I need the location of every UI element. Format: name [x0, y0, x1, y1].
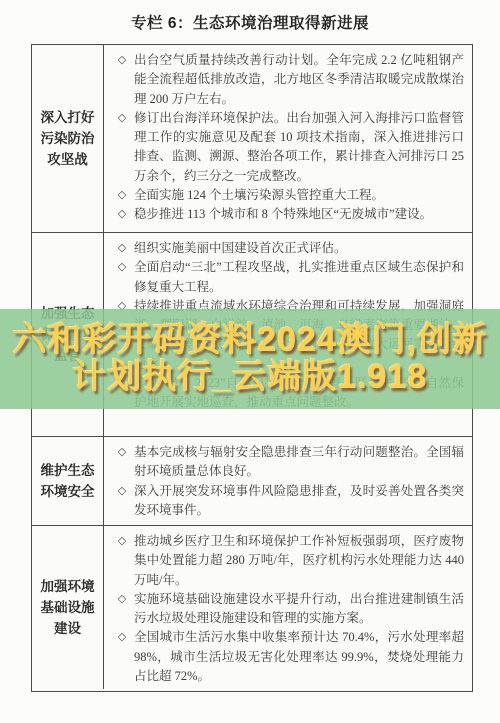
table-row-env-infrastructure: 加强环境 基础设施 建设 ◇ 推动城乡医疗卫生和环境保护工作补短板强弱项，医疗废…: [32, 526, 472, 689]
bullet-item: ◇ 出台空气质量持续改善行动计划。全年完成 2.2 亿吨粗钢产能全流程超低排放改…: [110, 51, 464, 109]
bullet-text: 出台空气质量持续改善行动计划。全年完成 2.2 亿吨粗钢产能全流程超低排放改造，…: [134, 51, 464, 109]
diamond-bullet-icon: ◇: [110, 109, 134, 186]
table-row-env-safety: 维护生态 环境安全 ◇ 基本完成核与辐射安全隐患排查三年行动问题整治。全国辐射环…: [32, 437, 472, 526]
bullet-text: 全面实施 124 个土壤污染源头管控重大工程。: [134, 186, 464, 205]
bullet-text: 推动城乡医疗卫生和环境保护工作补短板强弱项，医疗废物集中处置能力超 280 万吨…: [134, 532, 464, 590]
bullet-text: 组织实施美丽中国建设首次正式评估。: [134, 239, 464, 258]
bullet-text: 基本完成核与辐射安全隐患排查三年行动问题整治。全国辐射环境质量总体良好。: [134, 443, 464, 482]
bullet-item: ◇ 组织实施美丽中国建设首次正式评估。: [110, 239, 464, 258]
diamond-bullet-icon: ◇: [110, 532, 134, 590]
diamond-bullet-icon: ◇: [110, 482, 134, 521]
diamond-bullet-icon: ◇: [110, 590, 134, 629]
diamond-bullet-icon: ◇: [110, 239, 134, 258]
category-label-line: 维护生态: [41, 460, 95, 481]
watermark-line-2: 计划执行_云端版1.918: [73, 359, 428, 396]
diamond-bullet-icon: ◇: [110, 628, 134, 686]
category-label-line: 深入打好: [41, 107, 95, 128]
row-content: ◇ 出台空气质量持续改善行动计划。全年完成 2.2 亿吨粗钢产能全流程超低排放改…: [104, 45, 472, 232]
category-label-env-safety: 维护生态 环境安全: [32, 437, 104, 525]
watermark-line-1: 六和彩开码资料2024澳门,创新: [12, 322, 487, 359]
bullet-text: 实施环境基础设施建设水平提升行动，出台推进建制镇生活污水垃圾处理设施建设和管理的…: [134, 590, 464, 629]
bullet-text: 稳步推进 113 个城市和 8 个特殊地区“无废城市”建设。: [134, 205, 464, 224]
category-label-line: 加强环境: [41, 576, 95, 597]
watermark-overlay: 六和彩开码资料2024澳门,创新 计划执行_云端版1.918: [0, 309, 500, 409]
row-content: ◇ 推动城乡医疗卫生和环境保护工作补短板强弱项，医疗废物集中处置能力超 280 …: [104, 526, 472, 689]
bullet-item: ◇ 修订出台海洋环境保护法。出台加强入河入海排污口监督管理工作的实施意见及配套 …: [110, 109, 464, 186]
bullet-text: 全国城市生活污水集中收集率预计达 70.4%，污水处理率超 98%，城市生活垃圾…: [134, 628, 464, 686]
bullet-text: 深入开展突发环境事件风险隐患排查，及时妥善处置各类突发环境事件。: [134, 482, 464, 521]
diamond-bullet-icon: ◇: [110, 205, 134, 224]
table-row-pollution-control: 深入打好 污染防治 攻坚战 ◇ 出台空气质量持续改善行动计划。全年完成 2.2 …: [32, 45, 472, 233]
bullet-item: ◇ 推动城乡医疗卫生和环境保护工作补短板强弱项，医疗废物集中处置能力超 280 …: [110, 532, 464, 590]
diamond-bullet-icon: ◇: [110, 443, 134, 482]
bullet-item: ◇ 稳步推进 113 个城市和 8 个特殊地区“无废城市”建设。: [110, 205, 464, 224]
page-title: 专栏 6：生态环境治理取得新进展: [0, 11, 500, 33]
category-label-pollution-control: 深入打好 污染防治 攻坚战: [32, 45, 104, 232]
category-label-line: 环境安全: [41, 481, 95, 502]
bullet-item: ◇ 基本完成核与辐射安全隐患排查三年行动问题整治。全国辐射环境质量总体良好。: [110, 443, 464, 482]
bullet-item: ◇ 实施环境基础设施建设水平提升行动，出台推进建制镇生活污水垃圾处理设施建设和管…: [110, 590, 464, 629]
bullet-text: 修订出台海洋环境保护法。出台加强入河入海排污口监督管理工作的实施意见及配套 10…: [134, 109, 464, 186]
category-label-line: 污染防治: [41, 128, 95, 149]
category-label-env-infrastructure: 加强环境 基础设施 建设: [32, 526, 104, 689]
bullet-text: 全面启动“三北”工程攻坚战，扎实推进重点区域生态保护和修复重大工程。: [134, 258, 464, 297]
bullet-item: ◇ 全面启动“三北”工程攻坚战，扎实推进重点区域生态保护和修复重大工程。: [110, 258, 464, 297]
bullet-item: ◇ 全面实施 124 个土壤污染源头管控重大工程。: [110, 186, 464, 205]
category-label-line: 攻坚战: [47, 149, 88, 170]
category-label-line: 建设: [54, 618, 81, 639]
diamond-bullet-icon: ◇: [110, 186, 134, 205]
bullet-item: ◇ 全国城市生活污水集中收集率预计达 70.4%，污水处理率超 98%，城市生活…: [110, 628, 464, 686]
row-content: ◇ 基本完成核与辐射安全隐患排查三年行动问题整治。全国辐射环境质量总体良好。 ◇…: [104, 437, 472, 525]
diamond-bullet-icon: ◇: [110, 258, 134, 297]
diamond-bullet-icon: ◇: [110, 51, 134, 109]
category-label-line: 基础设施: [41, 597, 95, 618]
bullet-item: ◇ 深入开展突发环境事件风险隐患排查，及时妥善处置各类突发环境事件。: [110, 482, 464, 521]
